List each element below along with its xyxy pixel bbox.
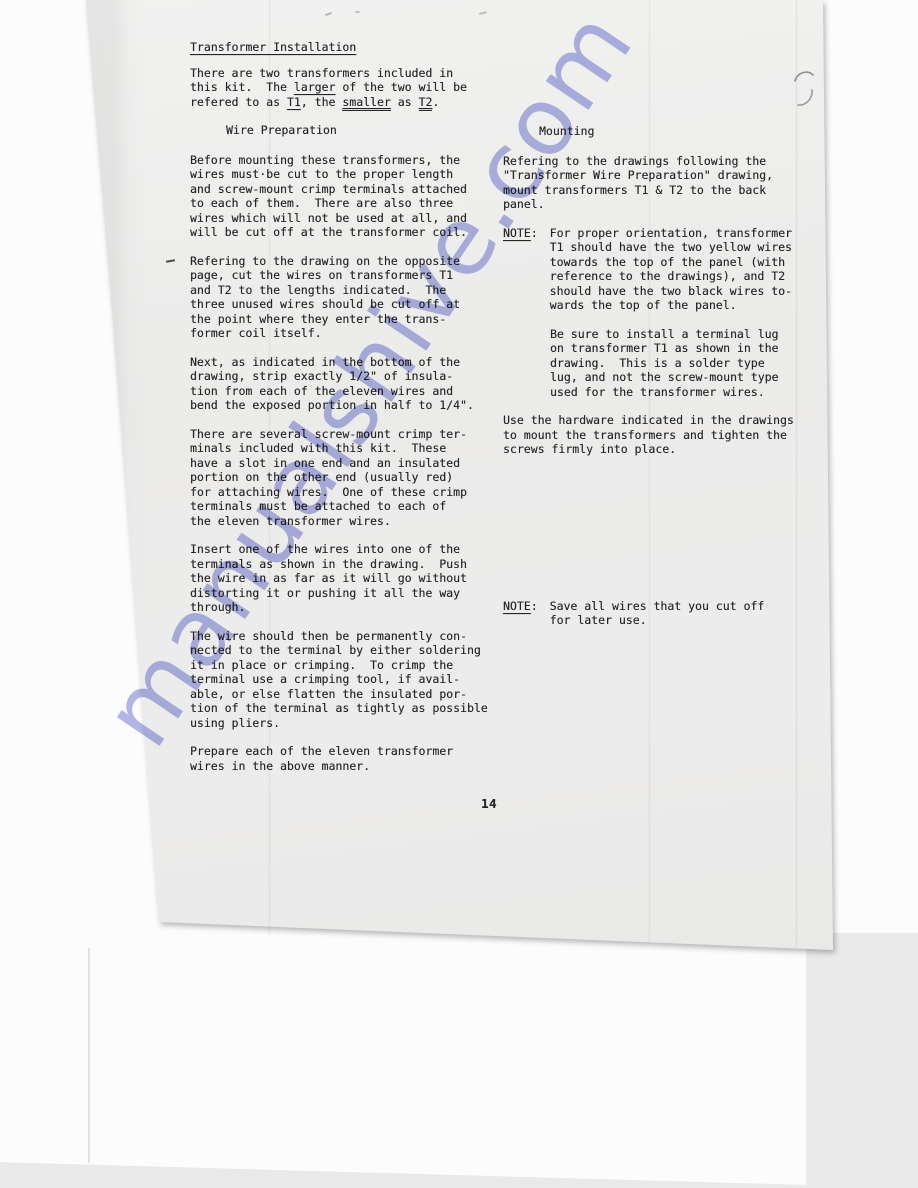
scanned-manual-page: Transformer Installation There are two t…: [0, 0, 918, 1188]
note-continuation-paragraph: Be sure to install a terminal lug on tra…: [550, 327, 813, 400]
pen-curl-mark: [790, 66, 820, 114]
note-block: NOTE: For proper orientation, transforme…: [503, 226, 813, 313]
subheading-wire-preparation: Wire Preparation: [226, 123, 502, 138]
note-body: For proper orientation, transformer T1 s…: [550, 226, 792, 313]
intro-text: as: [391, 95, 419, 109]
paragraph: Next, as indicated in the bottom of the …: [190, 355, 502, 413]
note-label-colon: :: [531, 599, 538, 613]
note-block: NOTE: Save all wires that you cut off fo…: [503, 599, 813, 628]
paragraph: Insert one of the wires into one of the …: [190, 542, 502, 615]
intro-text: .: [432, 95, 439, 109]
subheading-mounting: Mounting: [539, 124, 813, 139]
note-label: NOTE:: [503, 599, 538, 628]
underlined-word-t1: T1: [287, 95, 301, 109]
underlined-word-smaller: smaller: [342, 95, 390, 111]
scan-speck: [355, 11, 360, 13]
paragraph: Before mounting these transformers, the …: [190, 153, 502, 240]
intro-text: , the: [301, 95, 343, 109]
note-label: NOTE:: [503, 226, 538, 313]
underlined-word-t2: T2: [419, 95, 433, 111]
paragraph: Refering to the drawings following the "…: [503, 154, 813, 212]
note-label-text: NOTE: [503, 599, 531, 613]
paragraph: Prepare each of the eleven transformer w…: [190, 744, 502, 773]
paragraph: Use the hardware indicated in the drawin…: [503, 413, 813, 457]
note-label-text: NOTE: [503, 226, 531, 240]
paragraph: There are several screw-mount crimp ter-…: [190, 427, 502, 529]
note-label-colon: :: [531, 226, 538, 240]
document-title-text: Transformer Installation: [190, 40, 356, 54]
note-body: Save all wires that you cut off for late…: [550, 599, 765, 628]
intro-paragraph: There are two transformers included in t…: [190, 66, 502, 110]
right-column: Mounting Refering to the drawings follow…: [503, 124, 813, 642]
document-title: Transformer Installation: [190, 40, 502, 55]
paragraph: The wire should then be permanently con-…: [190, 629, 502, 731]
underlined-word-larger: larger: [294, 80, 336, 94]
paragraph: Refering to the drawing on the opposite …: [190, 254, 502, 341]
page-number: 14: [481, 797, 497, 812]
left-column: Transformer Installation There are two t…: [190, 40, 502, 787]
